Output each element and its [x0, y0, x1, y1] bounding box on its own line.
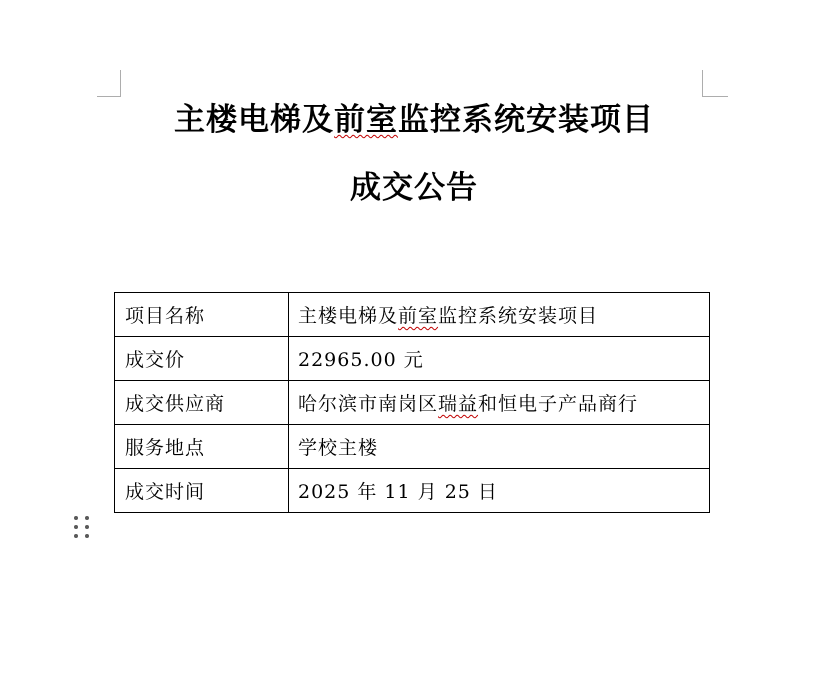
drag-handle-dot	[85, 525, 89, 529]
value-misspelled-text: 瑞益	[438, 393, 478, 415]
table-row: 服务地点 学校主楼	[115, 425, 710, 469]
document-title: 主楼电梯及前室监控系统安装项目	[0, 100, 828, 140]
title-misspelled-text: 前室	[334, 102, 398, 138]
row-label: 项目名称	[115, 293, 289, 337]
row-value: 学校主楼	[289, 425, 710, 469]
drag-handle-dot	[74, 525, 78, 529]
value-text: 哈尔滨市南岗区	[298, 393, 438, 415]
drag-handle-dot	[85, 516, 89, 520]
announcement-table: 项目名称 主楼电梯及前室监控系统安装项目 成交价 22965.00 元 成交供应…	[114, 292, 710, 513]
value-text: 和恒电子产品商行	[478, 393, 638, 415]
row-label: 服务地点	[115, 425, 289, 469]
drag-handle-icon[interactable]	[74, 516, 89, 538]
title-text: 主楼电梯及	[174, 102, 334, 138]
drag-handle-dot	[74, 534, 78, 538]
row-value: 哈尔滨市南岗区瑞益和恒电子产品商行	[289, 381, 710, 425]
document-page: 主楼电梯及前室监控系统安装项目 成交公告 项目名称 主楼电梯及前室监控系统安装项…	[0, 0, 828, 680]
value-text: 学校主楼	[298, 437, 378, 459]
value-text: 22965.00 元	[298, 349, 424, 371]
title-text: 监控系统安装项目	[398, 102, 654, 138]
table-row: 项目名称 主楼电梯及前室监控系统安装项目	[115, 293, 710, 337]
subtitle-text: 成交公告	[350, 170, 478, 206]
drag-handle-dot	[85, 534, 89, 538]
table-row: 成交价 22965.00 元	[115, 337, 710, 381]
margin-crop-mark-top-right-icon	[702, 70, 728, 97]
row-label: 成交供应商	[115, 381, 289, 425]
row-label: 成交价	[115, 337, 289, 381]
row-label: 成交时间	[115, 469, 289, 513]
row-value: 2025 年 11 月 25 日	[289, 469, 710, 513]
table-row: 成交供应商 哈尔滨市南岗区瑞益和恒电子产品商行	[115, 381, 710, 425]
document-subtitle: 成交公告	[0, 168, 828, 208]
row-value: 22965.00 元	[289, 337, 710, 381]
drag-handle-dot	[74, 516, 78, 520]
value-text: 主楼电梯及	[298, 305, 398, 327]
row-value: 主楼电梯及前室监控系统安装项目	[289, 293, 710, 337]
margin-crop-mark-top-left-icon	[97, 70, 121, 97]
value-misspelled-text: 前室	[398, 305, 438, 327]
value-text: 2025 年 11 月 25 日	[298, 481, 498, 503]
value-text: 监控系统安装项目	[438, 305, 598, 327]
table-row: 成交时间 2025 年 11 月 25 日	[115, 469, 710, 513]
